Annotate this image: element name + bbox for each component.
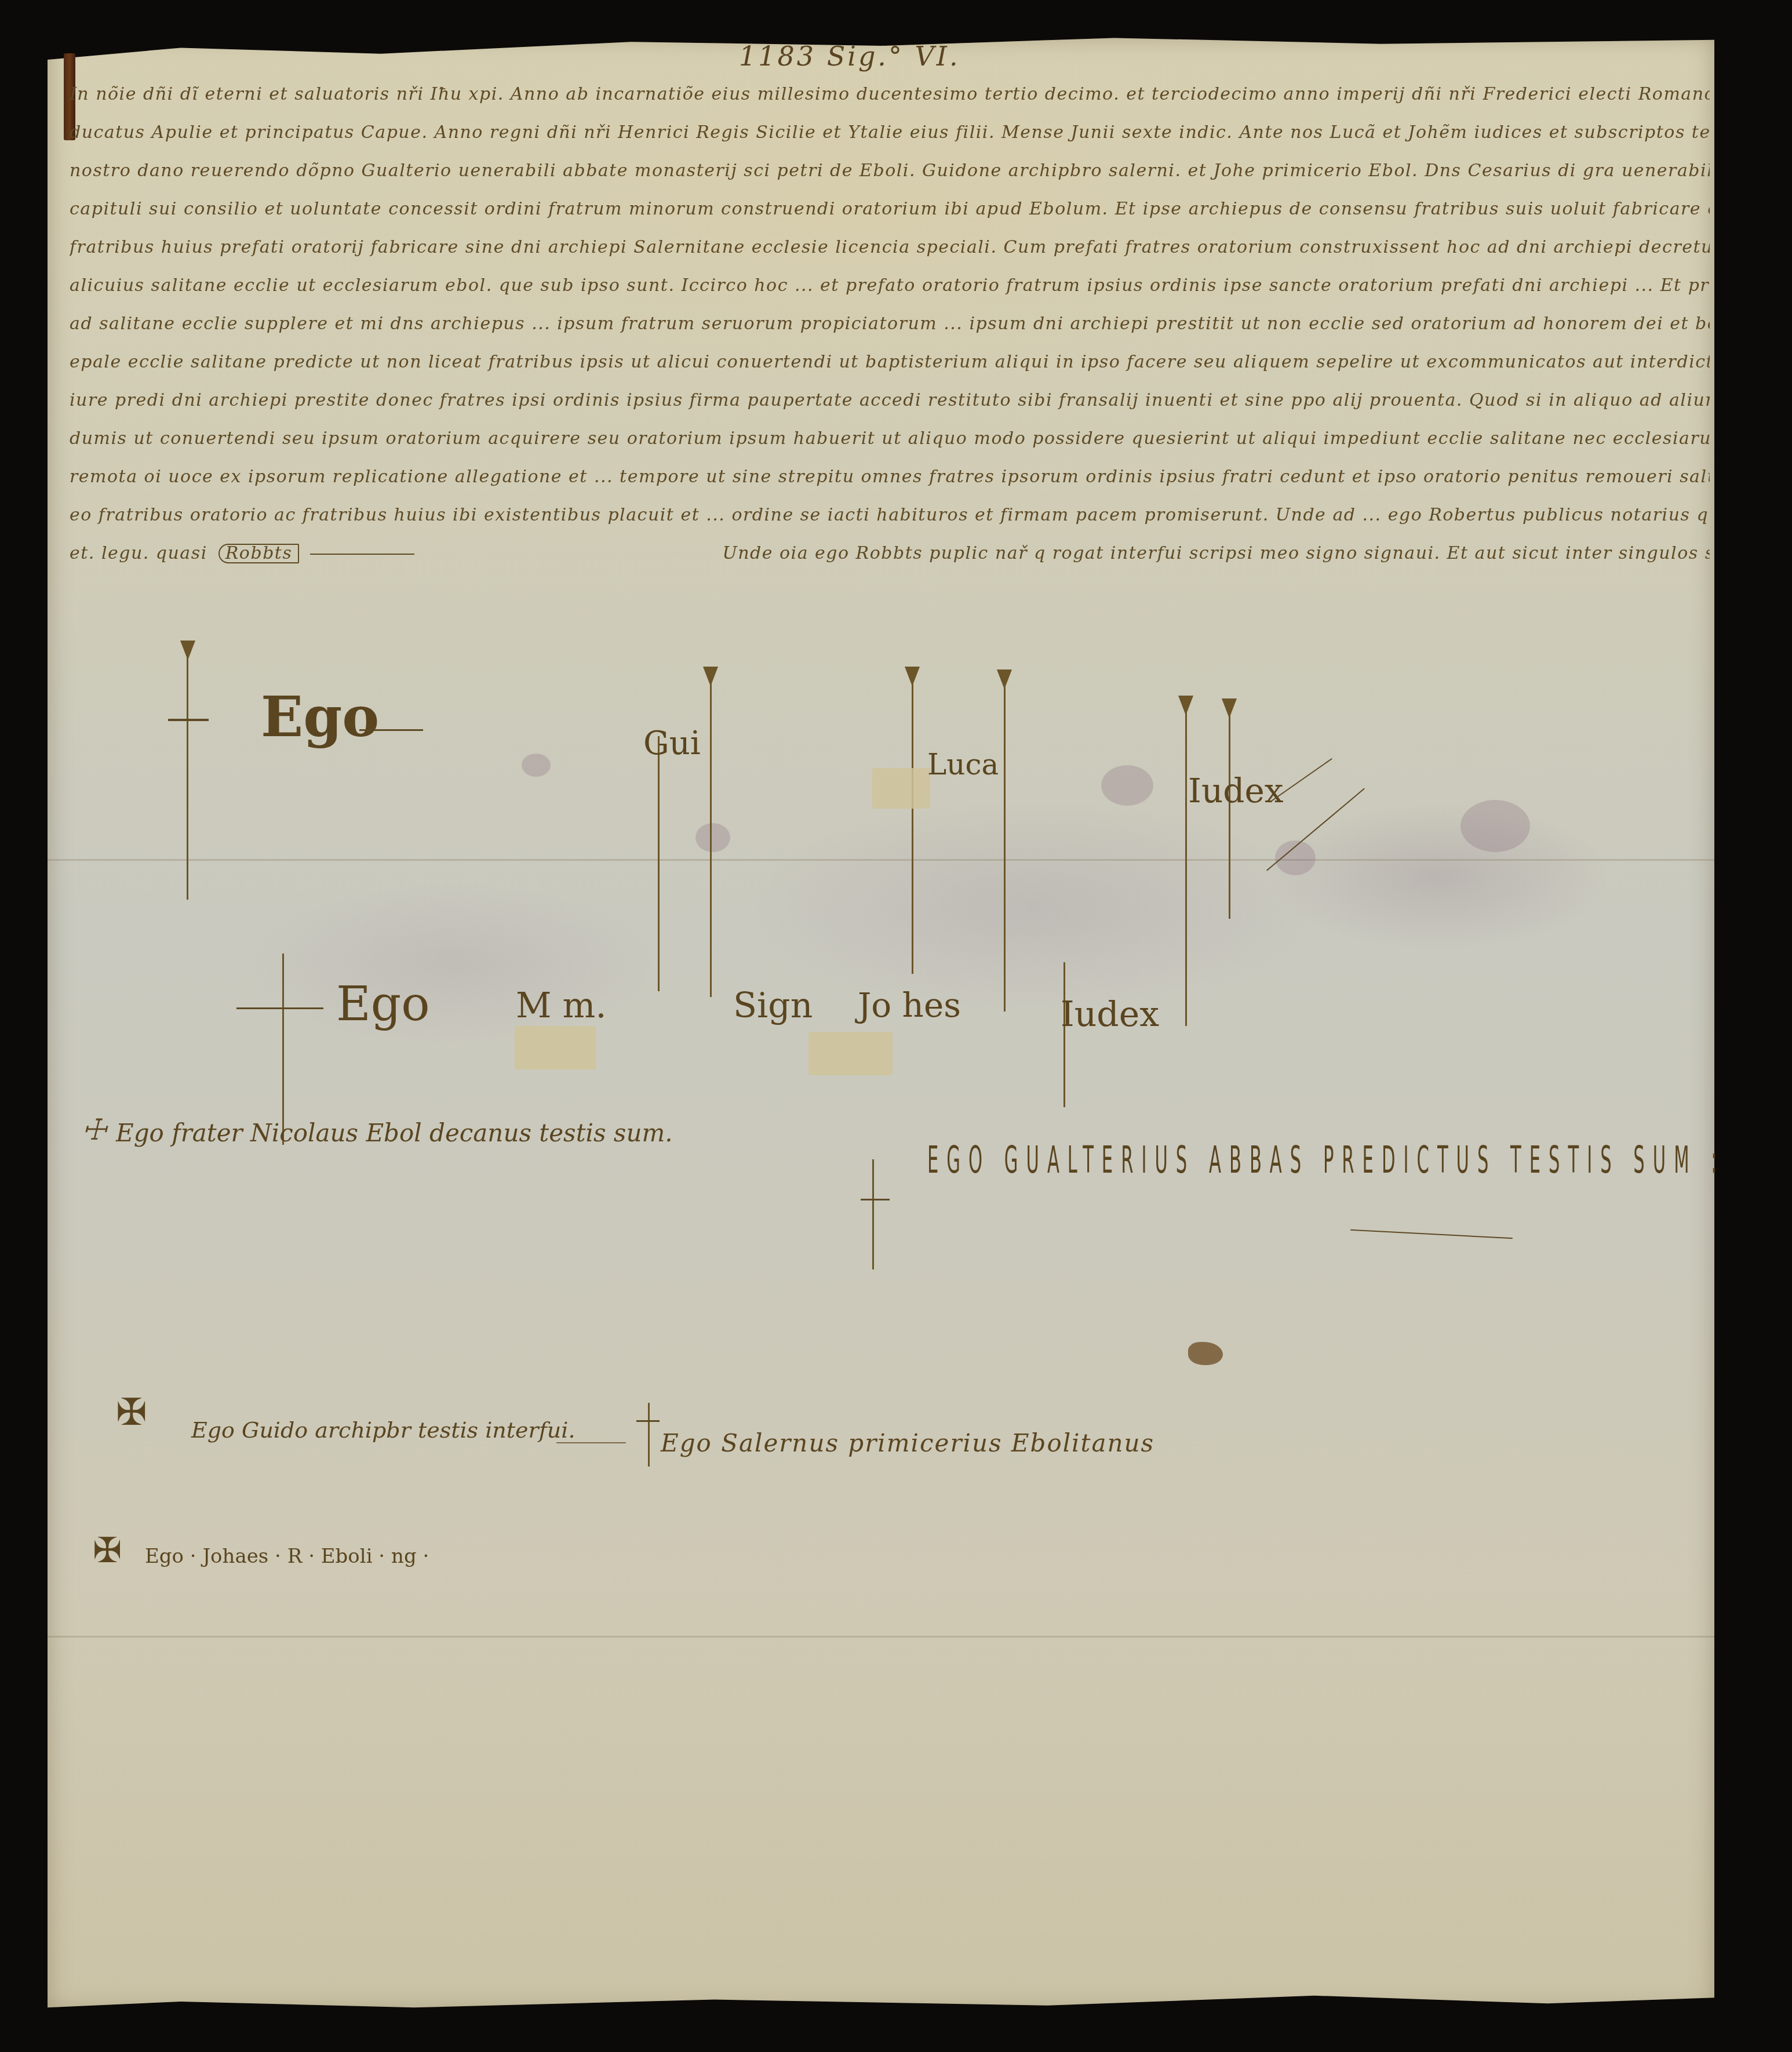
- cross-stem: [872, 1159, 874, 1269]
- lily-finial-icon: [1222, 698, 1237, 718]
- repair-patch: [515, 1026, 596, 1069]
- repair-patch: [808, 1032, 893, 1075]
- lily-finial-icon: [703, 667, 718, 686]
- lily-finial-icon: [180, 641, 195, 660]
- robertus-name-box: Robbts: [218, 544, 300, 563]
- stain: [1101, 765, 1153, 806]
- subscription-guido: Ego Guido archipbr testis interfui.: [191, 1417, 576, 1443]
- stem: [1004, 675, 1006, 1012]
- repair-patch: [872, 768, 930, 809]
- stain: [1460, 800, 1530, 852]
- stem: [1063, 962, 1065, 1107]
- fold-line: [48, 859, 1714, 861]
- text-line: In nõie dñi dĩ eterni et saluatoris nři …: [70, 75, 1710, 114]
- text-line: alicuius salitane ecclie ut ecclesiarum …: [70, 267, 1710, 305]
- cross-bar-icon: [861, 1199, 890, 1200]
- ego-signum-2: Ego: [336, 977, 430, 1032]
- text-line: ad salitane ecclie supplere et mi dns ar…: [70, 305, 1710, 343]
- stem: [1229, 704, 1230, 919]
- text-line: eo fratribus oratorio ac fratribus huius…: [70, 496, 1710, 534]
- cross-bar-icon: [168, 719, 209, 721]
- flourish-line: [310, 554, 414, 555]
- stem: [912, 672, 913, 974]
- iudex-signum: Iudex: [1188, 771, 1283, 810]
- stain: [522, 754, 551, 777]
- lily-finial-icon: [905, 667, 920, 686]
- cross-icon: ✠: [116, 1391, 147, 1434]
- guido-signum: Gui: [643, 725, 701, 762]
- lily-finial-icon: [997, 670, 1012, 689]
- cross-icon: ☩: [81, 1113, 107, 1147]
- fold-line: [48, 1636, 1714, 1638]
- m-signum: M m.: [516, 985, 606, 1026]
- stem: [658, 736, 660, 991]
- text-line: dumis ut conuertendi seu ipsum oratorium…: [70, 420, 1710, 458]
- ego-signum-1: Ego: [261, 684, 379, 750]
- stain: [695, 823, 730, 852]
- johes-signum: Jo hes: [858, 985, 961, 1025]
- subscription-gualterius: EGO GUALTERIUS ABBAS PREDICTUS TESTIS SU…: [927, 1159, 1725, 1183]
- text-line: ducatus Apulie et principatus Capue. Ann…: [70, 114, 1710, 152]
- cross-bar-icon: [236, 1007, 323, 1009]
- text-line: nostro dano reuerendo dõpno Gualterio ue…: [70, 152, 1710, 190]
- subscription-johannes: Ego · Johaes · R · Eboli · ng ·: [145, 1545, 429, 1568]
- stem: [1185, 701, 1187, 1026]
- lily-finial-icon: [1178, 696, 1193, 715]
- text-line: iure predi dni archiepi prestite donec f…: [70, 381, 1710, 420]
- text-line: fratribus huius prefati oratorij fabrica…: [70, 228, 1710, 267]
- text-line: remota oi uoce ex ipsorum replicatione a…: [70, 458, 1710, 496]
- charter-main-text: In nõie dñi dĩ eterni et saluatoris nři …: [70, 75, 1710, 573]
- flourish-line: [359, 729, 423, 731]
- text-line-start: et. legu. quasi: [70, 543, 207, 563]
- cross-stem: [648, 1403, 650, 1467]
- cross-icon: ✠: [93, 1530, 122, 1571]
- luca-signum: Luca: [927, 748, 999, 781]
- sign-signum: Sign: [733, 985, 813, 1026]
- text-line-tail: Unde oia ego Robbts puplic nař q rogat i…: [722, 543, 1710, 563]
- subscription-salernus: Ego Salernus primicerius Ebolitanus: [661, 1429, 1154, 1457]
- cross-stem: [282, 954, 284, 1145]
- cross-stem: [187, 645, 188, 900]
- gualterius-capitals: EGO GUALTERIUS ABBAS PREDICTUS TESTIS SU…: [927, 1138, 1725, 1183]
- text-line: epale ecclie salitane predicte ut non li…: [70, 343, 1710, 381]
- iudex-signum-2: Iudex: [1061, 994, 1159, 1035]
- flourish-line: [556, 1442, 626, 1443]
- cross-bar-icon: [636, 1420, 660, 1422]
- shelfmark-annotation: 1183 Sig.° VI.: [739, 41, 960, 72]
- ink-blot: [1188, 1342, 1223, 1365]
- text-line: capituli sui consilio et uoluntate conce…: [70, 190, 1710, 228]
- stem: [710, 672, 712, 997]
- text-line-final: et. legu. quasi Robbts Unde oia ego Robb…: [70, 534, 1710, 573]
- subscription-nicolaus: Ego frater Nicolaus Ebol decanus testis …: [116, 1119, 673, 1147]
